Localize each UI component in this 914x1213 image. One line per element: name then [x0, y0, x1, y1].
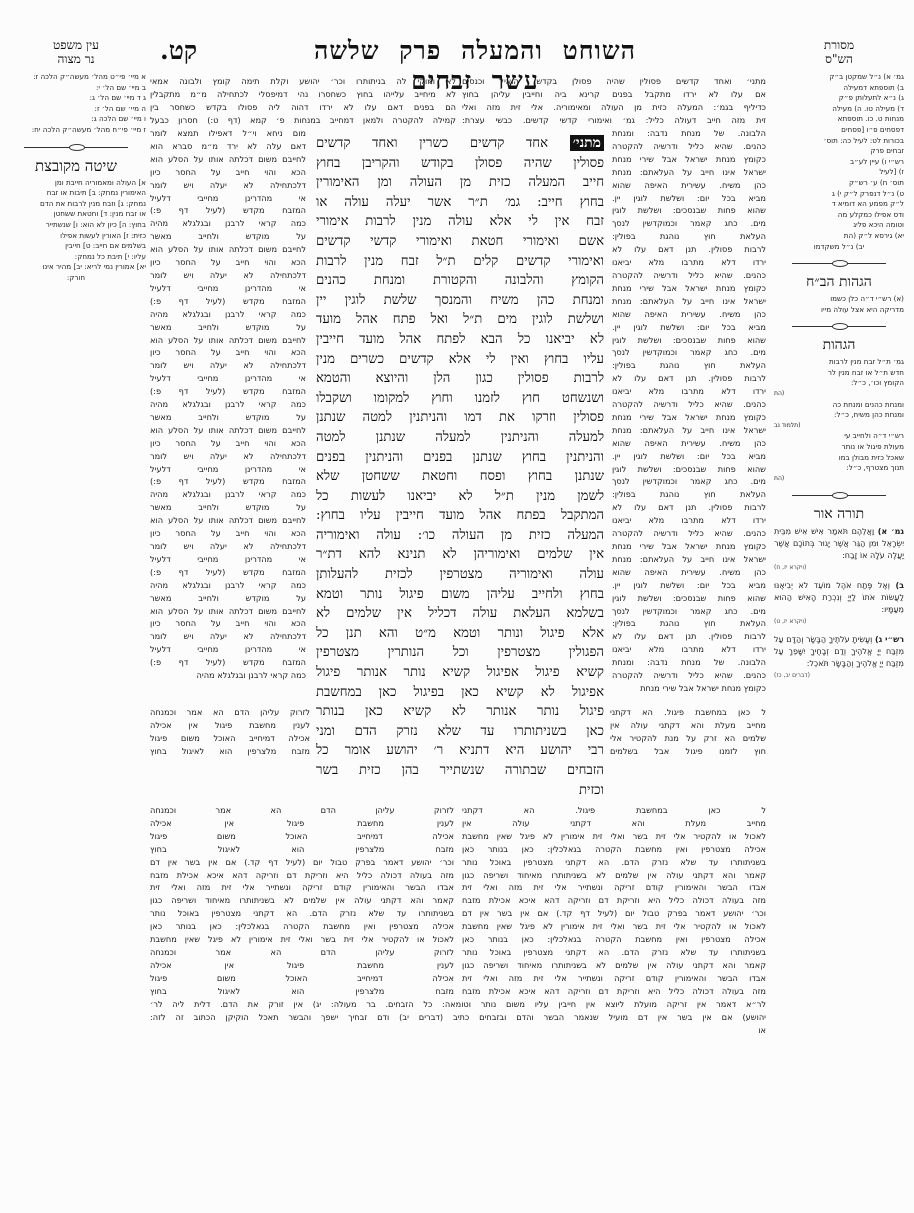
rashi-lower-column: ל כאן במחשבת פיגול. הא דקתני מחייב מעלת … — [462, 804, 766, 998]
tosafot-column: מום ניחא וי״ל דאפילו תמצא לומר דאם עלה ל… — [150, 127, 306, 682]
gemara-line: אשם ואימורי חטאת ואימורי קדשי קדשים — [316, 232, 604, 252]
commentary-line: לזרוק עליהן הדם הא אמר וכמנחה — [150, 706, 310, 719]
masoret-line: יב) נ״ל משקדמו — [774, 242, 904, 253]
rashi-line: שהוא פחות שבנסכים: ושלשת לוגין — [612, 463, 766, 476]
tosafot-line: המזבח מקדש (לעיל דף פ:) — [150, 656, 306, 669]
verse-label: רש״י ג) — [875, 635, 904, 644]
tosafot-line: דלכתחילה לא יעלה ויש לומר — [150, 630, 306, 643]
rashi-line: לרבות פסולין. תנן דאם עלו לא — [612, 501, 766, 514]
gemara-line: מתני׳ אחד קדשים כשרין ואחד קדשים — [316, 134, 604, 154]
shitah-mekubetzet-heading: שיטה מקובצת — [6, 158, 146, 174]
rashi-line: ישראל אינו חייב על העלאתם: מנחת — [612, 166, 766, 179]
commentary-line: ל כאן במחשבת פיגול. הא דקתני — [610, 706, 766, 719]
rashi-line: ישראל אינו חייב על העלאתם: מנחת — [612, 295, 766, 308]
tosafot-line: הכא והוי חייב על החסר כיון — [150, 346, 306, 359]
tosafot-line: לחייבם משום דכלתה אותו על הסלע הוא — [150, 514, 306, 527]
gemara-line: הזבחים שבתורה שנשתייר בהן כזית בשר — [316, 761, 604, 781]
ornament-divider — [792, 490, 886, 500]
commentary-line: יהושע) אם אין בשר אין דם מועיל שנאמר הבש… — [150, 1011, 766, 1024]
ein-mishpat-line: ה מיי׳ שם הל׳ ז: — [6, 104, 146, 115]
rashi-line: כקומץ מנחת ישראל אבל שירי מנחת — [612, 153, 766, 166]
rashi-line: מים. כחג קאמר וכמוקדשין לנסך — [612, 346, 766, 359]
rashi-line: ירדו דלא מתרבו מלא יביאנו — [612, 643, 766, 656]
shitah-line: נמחק: ג] וזבח מנין לרבות את הדם — [6, 199, 146, 210]
gemara-line: המעלה כזית מן העולה כו׳: עולה ואימוריה — [316, 526, 604, 546]
hagahot-line: מעולת פיגול או נותר — [774, 442, 904, 453]
shitah-line: בשלמים אם חייב: ט] חייבין — [6, 241, 146, 252]
rashi-line: כהנים. שהיא כליל ודרשיה להקטרה — [612, 669, 766, 682]
gemara-line-text: אחד קדשים כשרין ואחד קדשים — [316, 136, 548, 151]
commentary-line: לאכול או להקטיר אלי זית בשר ואלי זית אימ… — [150, 933, 454, 946]
verse-label: גמ׳ א) — [878, 527, 904, 536]
rashi-line: שהוא פחות שבנסכים: ושלשת לוגין — [612, 204, 766, 217]
rashi-line: לרבות פסולין. תנן דאם עלו לא — [612, 630, 766, 643]
ner-mitzvah-heading: נר מצוה — [6, 52, 146, 66]
commentary-line: ל כאן במחשבת פיגול. הא דקתני — [462, 804, 766, 817]
tosafot-line: המזבח מקדש (לעיל דף פ:) — [150, 385, 306, 398]
tosafot-line: כמה קראי לרבנן ובגלגלא מהיה — [150, 579, 306, 592]
commentary-line: וכר׳ יהושע דאמר בפרק טבול יום (לעיל דף ק… — [150, 856, 454, 869]
left-margin: עין משפט נר מצוה א מיי׳ פי״ט מהל׳ מעשה״ק… — [6, 38, 146, 284]
gemara-line: חייב המעלה כזית מן העולה ומן האימורין — [316, 173, 604, 193]
masoret-line: תוס׳ ח) ע׳ רש״ק — [774, 178, 904, 189]
tosafot-line: המזבח מקדש (לעיל דף פ:) — [150, 204, 306, 217]
commentary-line: אכילה דמיחייב האוכל משום פיגול — [150, 732, 310, 745]
tosafot-line: לחייבם משום דכלתה אותו על הסלע הוא — [150, 424, 306, 437]
rashi-line: כקומץ מנחת ישראל אבל שירי מנחת — [612, 411, 766, 424]
rashi-line: כהנים. שהיא כליל ודרשיה להקטרה — [612, 398, 766, 411]
tosafot-line: על מוקדש ולחייב מאשר — [150, 411, 306, 424]
commentary-line: לזרוק עליהן הדם הא אמר וכמנחה — [150, 804, 454, 817]
ein-mishpat-line: ו מיי׳ שם הלכה ג: — [6, 114, 146, 125]
gemara-line: ומנחת כהן משיח והמנסך שלשת לוגין יין — [316, 291, 604, 311]
ein-mishpat: א מיי׳ פי״ט מהל׳ מעשה״ק הלכה ז: ב מיי׳ ש… — [6, 72, 146, 136]
commentary-line: מזה בעולה דכולה כליל היא וזריקת דם וזריק… — [462, 894, 766, 907]
gemara-line: בשלמא העלאת עולה דכליל אין שלמים לא — [316, 604, 604, 624]
masoret-line: וטומה היכא פליג — [774, 220, 904, 231]
gemara-line: ושלשת לוגין מים ת״ל ואל פתח אהל מועד — [316, 310, 604, 330]
gemara-line: פסולין וזרקו את דמו והניתנין למטה שנתנן — [316, 408, 604, 428]
rashi-line: שהוא פחות שבנסכים: ושלשת לוגין — [612, 592, 766, 605]
rashi-line: כהן משיח. עשירית האיפה שהוא — [612, 566, 766, 579]
ein-mishpat-line: ג ד מיי׳ שם הל׳ ג: — [6, 93, 146, 104]
tosafot-line: הכא והוי חייב על החסר כיון — [150, 166, 306, 179]
masoret-hashas: גמ׳ א) נ״ל שמקטן ב״ק ב) תוספתא דמעילה ג)… — [774, 72, 904, 252]
verse-reference: (ויקרא יז, ח) — [774, 562, 904, 574]
hagahot-line: (תלמוד נב — [774, 421, 904, 432]
tosafot-line: הכא והוי חייב על החסר כיון — [150, 527, 306, 540]
commentary-line: קאמר והא דקתני עולה אין שלמים לא בשניתות… — [462, 959, 766, 972]
rashi-line: ישראל אינו חייב על העלאתם: מנחת — [612, 553, 766, 566]
hagahot-line: חדש ת״ל או זבח מנין לר — [774, 368, 904, 379]
hagahot-habach: (א) רש״י ד״ה כלן כשמו מדריקה היא אצל עול… — [774, 294, 904, 315]
rashi-line: לרבות פסולין. תנן דאם עלו לא — [612, 243, 766, 256]
habach-line: (א) רש״י ד״ה כלן כשמו — [774, 294, 904, 305]
tosafot-line: המזבח מקדש (לעיל דף פ:) — [150, 295, 306, 308]
rashi-line: כהן משיח. עשירית האיפה שהוא — [612, 308, 766, 321]
rashi-line: מים. כחג קאמר וכמוקדשין לנסך — [612, 217, 766, 230]
shitah-line: בחוץ: ה] כיון לא הוא: ו] שנשתייר — [6, 220, 146, 231]
tosafot-line: כמה קראי לרבנן ובגלגלא מהיה — [150, 488, 306, 501]
masoret-line: ז) [לעיל — [774, 167, 904, 178]
rashi-line: מביא בכל יום: ושלשת לוגין יין. — [612, 450, 766, 463]
rashi-line: כקומץ מנחת ישראל אבל שירי מנחת — [612, 540, 766, 553]
hagahot: גמ׳ ת״ל זבח מנין לרבות חדש ת״ל או זבח מנ… — [774, 357, 904, 484]
verse-reference: (ויקרא יז, ט) — [774, 616, 904, 628]
masoret-line: ב) תוספתא דמעילה — [774, 83, 904, 94]
ornament-divider — [792, 321, 886, 331]
ein-mishpat-heading: עין משפט — [6, 38, 146, 52]
tosafot-line: על מוקדש ולחייב מאשר — [150, 592, 306, 605]
masoret-line: דפסחים פ״ו [פסחים — [774, 125, 904, 136]
masoret-line: זבחים פרק — [774, 146, 904, 157]
rashi-line: העלאת חוץ נוהגת בפולין: — [612, 230, 766, 243]
commentary-line: מחייב מעלת והא דקתני עולה אין — [610, 719, 766, 732]
shitah-line: א] העולה ומאמוריה חייבת ומן — [6, 178, 146, 189]
tosafot-line: לחייבם משום דכלתה אותו על הסלע הוא — [150, 243, 306, 256]
commentary-line: אכילה מצטרפין ואין מחשבת הקטרה בגאלכלין:… — [150, 920, 454, 933]
rashi-line: כהן משיח. עשירית האיפה שהוא — [612, 179, 766, 192]
tosafot-tail: לר״א דאמר אין זריקה מועלת ליוצא אין חייב… — [150, 998, 766, 1037]
masoret-line: רש״י ו) עיין לע״ב — [774, 157, 904, 168]
gemara-line: לא יביאנו כל הבא לפתח אהל מועד חייבין — [316, 330, 604, 350]
gemara-line: לרבות פסולין כגון הלן והיוצא והטמא — [316, 369, 604, 389]
tosafot-line: המזבח מקדש (לעיל דף פ:) — [150, 475, 306, 488]
commentary-line: מזה בעולה דכולה כליל היא וזריקת דם וזריק… — [462, 985, 766, 998]
rashi-line: כהנים. שהיא כליל ודרשיה להקטרה — [612, 269, 766, 282]
tosafot-line: לא מיחייב עלייהו בחוץ כשחסרו נהי דמיפסלי… — [150, 88, 456, 101]
hagahot-line: גמ׳ ת״ל זבח מנין לרבות — [774, 357, 904, 368]
rashi-line: אם עלו לא ירדו מתקבל בפנים קרינא ביה וחי… — [462, 88, 766, 101]
commentary-line: מזבח מלצרפין הוא לאיגול בחוץ — [150, 745, 310, 758]
masoret-line: ט) נ״ל דנפרק ל״ק י) ג — [774, 189, 904, 200]
hagahot-heading: הגהות — [774, 337, 904, 353]
torah-or-verse: ב) וְאֶל פֶּתַח אֹהֶל מוֹעֵד לֹא יְבִיאֶ… — [774, 580, 904, 616]
commentary-line: אכילה דמיחייב האוכל משום פיגול — [150, 972, 454, 985]
ornament-divider — [24, 142, 128, 152]
rashi-line: כהן משיח. עשירית האיפה שהוא — [612, 437, 766, 450]
hagahot-line: הקומץ וכו׳, כ״ל: — [774, 378, 904, 389]
shitah-line: או זבח מנין: ד] וחטאת ששחטן — [6, 209, 146, 220]
rashi-line: זית מזה חייב דעולה כליל: גמ׳ ואימורי קדש… — [462, 114, 766, 127]
tosafot-line: דלכתחילה לא יעלה ויש לומר — [150, 450, 306, 463]
rashi-line: ירדו דלא מתרבו מלא יביאנו — [612, 256, 766, 269]
tosafot-line: דלכתחילה לא יעלה ויש לומר — [150, 359, 306, 372]
rashi-line: מים. כחג קאמר וכמוקדשין לנסך — [612, 475, 766, 488]
tosafot-line: על מוקדש ולחייב מאשר — [150, 230, 306, 243]
hagahot-line: שאכל כזית מבולן במו — [774, 453, 904, 464]
rashi-line: מביא בכל יום: ושלשת לוגין יין. — [612, 321, 766, 334]
rashi-top: מתני׳ ואחד קדשים פסולין שהיה פסולן בקדש.… — [462, 75, 766, 127]
ornament-divider — [792, 258, 886, 268]
tosafot-line: קמילה להקטרה ולמאן דמחייב במנחות פ׳ קמא … — [150, 114, 456, 127]
commentary-line: מחייב מעלת והא דקתני עולה אין — [462, 817, 766, 830]
tosafot-line: אי מהדרינן מחייבי דלעיל — [150, 192, 306, 205]
shitah-line: עליו: י] תיבת כל נמחק: — [6, 252, 146, 263]
commentary-line: בשניתותרו עד שלא נזרק הדם. הא דקתני מצטר… — [150, 907, 454, 920]
gemara-line: כאן בשניתותרו עד שלא נזרק הדם ומני — [316, 722, 604, 742]
commentary-line: מזבח מלצרפין הוא לאיגול בחוץ — [150, 985, 454, 998]
ein-mishpat-line: ב מיי׳ שם הל׳ י: — [6, 83, 146, 94]
hagahot-line: (הת — [774, 474, 904, 485]
gemara-final-word: וכזית — [316, 781, 604, 801]
rashi-line: מתני׳ ואחד קדשים פסולין שהיה פסולן בקדש.… — [462, 75, 766, 88]
torah-or: גמ׳ א) וַאֲלֵהֶם תֹּאמַר אִישׁ אִישׁ מִב… — [774, 526, 904, 682]
torah-or-verse: רש״י ג) וְעָשִׂיתָ עֹלֹתֶיךָ הַבָּשָׂר ו… — [774, 634, 904, 670]
shitah-line: האימורין נמחק: ב] תיבות או זבח — [6, 188, 146, 199]
mishnah-marker: מתני׳ — [570, 135, 604, 151]
ein-mishpat-line: א מיי׳ פי״ט מהל׳ מעשה״ק הלכה ז: — [6, 72, 146, 83]
gemara-line: פיגול נותר אנותר לא קשיא כאן בנותר — [316, 702, 604, 722]
rashi-line: הלבונה. של מנחת נדבה: ומנחת — [612, 127, 766, 140]
gemara-line: קשיא פיגול אפיגול קשיא נותר אנותר פיגול — [316, 663, 604, 683]
commentary-line: מזה בעולה דכולה כליל היא וזריקת דם וזריק… — [150, 869, 454, 882]
rashi-line: כקומץ מנחת ישראל אבל שירי מנחת — [612, 282, 766, 295]
masoret-line: ג) נ״א לתעלותן פ״ק — [774, 93, 904, 104]
tosafot-line: הכא והוי חייב על החסר כיון — [150, 437, 306, 450]
habach-line: מדריקה היא אצל עולה מייו — [774, 305, 904, 316]
commentary-line: אכילה דמיחייב האוכל משום פיגול — [150, 830, 454, 843]
shitah-line: יא] אמורין נמי לריא: יב] מהיר אינו — [6, 262, 146, 273]
rashi-line: מביא בכל יום: ושלשת לוגין יין. — [612, 192, 766, 205]
tosafot-line: אי מהדרינן מחייבי דלעיל — [150, 372, 306, 385]
gemara-line: זבח אין לי אלא עולה מנין לרבות אימורי — [316, 212, 604, 232]
gemara-line: עליו בחוץ ואין לי אלא קדשים כשרים מנין — [316, 350, 604, 370]
commentary-line: אבדו הבשר והאימורין קודם זריקה ונשתייר א… — [462, 881, 766, 894]
tosafot-line: דלכתחילה לא יעלה ויש לומר — [150, 540, 306, 553]
tosafot-lower-column: לזרוק עליהן הדם הא אמר וכמנחה לענין מחשב… — [150, 804, 454, 998]
tosafot-line: לחייבם משום דכלתה אותו על הסלע הוא — [150, 605, 306, 618]
rashi-bottom-right: ל כאן במחשבת פיגול. הא דקתני מחייב מעלת … — [610, 706, 766, 758]
hagahot-line: (הת — [774, 389, 904, 400]
tosafot-line: דלכתחילה לא יעלה ויש לומר — [150, 269, 306, 282]
rashi-line: כדיליף בגמ׳: המעלה כזית מן העולה ומאימור… — [462, 101, 766, 114]
commentary-line: חוץ לזמנו פיגול אבל בשלמים — [610, 745, 766, 758]
commentary-line: לענין מחשבת פיגול אין אכילה — [150, 959, 454, 972]
rashi-line: ירדו דלא מתרבו מלא יביאנו — [612, 385, 766, 398]
masoret-line: ד) מעילה טו. ה) מעילה — [774, 104, 904, 115]
tosafot-line: על מוקדש ולחייב מאשר — [150, 321, 306, 334]
gemara-line: בחוץ חייב: גמ׳ ת״ר אשר יעלה עולה או — [316, 193, 604, 213]
gemara-line: פסולין שהיה פסולן בקודש והקריבן בחוץ — [316, 154, 604, 174]
gemara-line: עולה ואימוריה מצטרפין לכזית להעלותן — [316, 565, 604, 585]
gemara-line: ואימורי קדשים קלים ת״ל זבח מנין לרבות — [316, 252, 604, 272]
gemara-line: בחוץ ולחייב עליהן משום פיגול נותר וטמא — [316, 585, 604, 605]
masoret-line: גמ׳ א) נ״ל שמקטן ב״ק — [774, 72, 904, 83]
tosafot-line: כמה קראי לרבנן ובגלגלא מהיה — [150, 308, 306, 321]
shitah-line: חורק: — [6, 273, 146, 284]
masoret-line: מנחות ט. כו. תוספתא — [774, 114, 904, 125]
torah-or-verse: גמ׳ א) וַאֲלֵהֶם תֹּאמַר אִישׁ אִישׁ מִב… — [774, 526, 904, 562]
gemara-line: אפיגול לא קשיא כאן בפיגול כאן במחשבת — [316, 683, 604, 703]
rashi-line: העלאת חוץ נוהגת בפולין: — [612, 488, 766, 501]
masoret-line: יא) גירסא ל״ק (הת — [774, 231, 904, 242]
commentary-line: לענין מחשבת פיגול אין אכילה — [150, 817, 454, 830]
tosafot-line: המזבח מקדש (לעיל דף פ:) — [150, 566, 306, 579]
hagahot-line: תנוך מצטרף, כ״ל: — [774, 463, 904, 474]
gemara-line: שנתנן בחוץ ופסח וחטאת ששחטן שלא — [316, 467, 604, 487]
rashi-line: כהנים. שהיא כליל ודרשיה להקטרה — [612, 527, 766, 540]
tosafot-bottom-left: לזרוק עליהן הדם הא אמר וכמנחה לענין מחשב… — [150, 706, 310, 758]
verse-text: וְאֶל פֶּתַח אֹהֶל מוֹעֵד לֹא יְבִיאֶנּו… — [774, 581, 904, 614]
rashi-line: כהנים. שהיא כליל ודרשיה להקטרה — [612, 140, 766, 153]
commentary-line: לאכול או להקטיר אלי זית בשר ואלי זית אימ… — [462, 830, 766, 843]
hagahot-line: ומנחת כהנים ומנחת כה — [774, 400, 904, 411]
rashi-line: העלאת חוץ נוהגת בפולין: — [612, 359, 766, 372]
tosafot-line: כמה קראי לרבנן ובגלגלא מהיה — [150, 669, 306, 682]
commentary-line: שלמים הא זרק על מנת להקטיר אלי — [610, 732, 766, 745]
gemara-line: והניתנין בחוץ שנתנן בפנים והניתנין בפנים — [316, 448, 604, 468]
rashi-line: כקומץ מנחת ישראל אבל שירי מנחת — [612, 682, 766, 695]
gemara-line: אין שלמים ואימוריהן לא תנינא להא דת״ר — [316, 545, 604, 565]
rashi-line: העלאת חוץ נוהגת בפולין: — [612, 617, 766, 630]
commentary-line: אבדו הבשר והאימורין קודם זריקה ונשתייר א… — [150, 881, 454, 894]
tosafot-line: הם בפנים דאם עלו לא ירדו דהוה ליה פסולו … — [150, 101, 456, 114]
gemara-line: ושנשחט חוץ לזמנו וחוץ למקומו ושקבלו — [316, 389, 604, 409]
folio-number: קט. — [160, 36, 240, 66]
rashi-line: ישראל אינו חייב על העלאתם: מנחת — [612, 424, 766, 437]
verse-reference: (דברים יב, כז) — [774, 670, 904, 682]
tosafot-line: אי מהדרינן מחייבי דלעיל — [150, 553, 306, 566]
rashi-line: שהוא פחות שבנסכים: ושלשת לוגין — [612, 334, 766, 347]
rashi-column: הלבונה. של מנחת נדבה: ומנחת כהנים. שהיא … — [612, 127, 766, 695]
commentary-line: בשניתותרו עד שלא נזרק הדם. הא דקתני מצטר… — [462, 946, 766, 959]
rashi-line: מביא בכל יום: ושלשת לוגין יין. — [612, 579, 766, 592]
commentary-line: לזרוק עליהן הדם הא אמר וכמנחה — [150, 946, 454, 959]
tosafot-line: אי מהדרינן מחייבי דלעיל — [150, 463, 306, 476]
tosafot-line: הכא והוי חייב על החסר כיון — [150, 256, 306, 269]
rashi-line: לרבות פסולין. תנן דאם עלו לא — [612, 372, 766, 385]
gemara-text: מתני׳ אחד קדשים כשרין ואחד קדשים פסולין … — [316, 134, 604, 781]
rashi-line: ירדו דלא מתרבו מלא יביאנו — [612, 514, 766, 527]
hagahot-line: ומנחת כהן משיח, כ״ל: — [774, 410, 904, 421]
commentary-line: אכילה מצטרפין ואין מחשבת הקטרה בגאלכלין:… — [462, 933, 766, 946]
tosafot-line: כמה קראי לרבנן ובגלגלא מהיה — [150, 398, 306, 411]
tosafot-line: כמה קראי לרבנן ובגלגלא מהיה — [150, 217, 306, 230]
masoret-line: ל״ק מפמע הא דומיא ד — [774, 199, 904, 210]
right-margin: מסורת הש"ס גמ׳ א) נ״ל שמקטן ב״ק ב) תוספת… — [774, 38, 904, 682]
hagahot-habach-heading: הגהות הב״ח — [774, 274, 904, 290]
tosafot-line: לחייבם משום דכלתה אותו על הסלע הוא — [150, 153, 306, 166]
tosafot-line: דאם עלה לא ירד מ״מ סברא הוא — [150, 140, 306, 153]
commentary-line: לר״א דאמר אין זריקה מועלת ליוצא אין חייב… — [150, 998, 766, 1011]
tosafot-line: לא ומוקי לה בניתותרו וכר׳ יהושע וקלת תימ… — [150, 75, 456, 88]
masoret-hashas-heading: מסורת הש"ס — [809, 38, 869, 66]
verse-label: ב) — [895, 581, 904, 590]
commentary-line: וכר׳ יהושע דאמר בפרק טבול יום (לעיל דף ק… — [462, 907, 766, 920]
commentary-line: אבדו הבשר והאימורין קודם זריקה ונשתייר א… — [462, 972, 766, 985]
shitah-mekubetzet: א] העולה ומאמוריה חייבת ומן האימורין נמח… — [6, 178, 146, 284]
gemara-line: רבי יהושע היא דתניא ר׳ יהושע אומר כל — [316, 741, 604, 761]
tosafot-line: על מוקדש ולחייב מאשר — [150, 501, 306, 514]
tosafot-line: אי מהדרינן מחייבי דלעיל — [150, 282, 306, 295]
tosafot-line: מום ניחא וי״ל דאפילו תמצא לומר — [150, 127, 306, 140]
shitah-line: כזית: ז] האורין לעשות אפילו — [6, 231, 146, 242]
gemara-line: אלא פיגול ונותר וטמא מ״ט והא תנן כל — [316, 624, 604, 644]
commentary-line: קאמר והא דקתני עולה אין שלמים לא בשניתות… — [150, 894, 454, 907]
torah-or-heading: תורה אור — [774, 506, 904, 522]
gemara-line: הקומץ והלבונה והקטורת ומנחת כהנים — [316, 271, 604, 291]
commentary-line: לענין מחשבת פיגול אין אכילה — [150, 719, 310, 732]
tosafot-line: אי מהדרינן מחייבי דלעיל — [150, 643, 306, 656]
commentary-line: לאכול או להקטיר אלי זית בשר ואלי זית אימ… — [462, 920, 766, 933]
gemara-line: למעלה והניתנין למעלה שנתנן למטה — [316, 428, 604, 448]
masoret-line: בכורות לט: לעיל כה: תוס׳ — [774, 136, 904, 147]
gemara-line: המתקבל בפתח אהל מועד חייבין עליו בחוץ: — [316, 506, 604, 526]
commentary-line: קאמר והא דקתני עולה אין שלמים לא בשניתות… — [462, 869, 766, 882]
commentary-line: אכילה מצטרפין ואין מחשבת הקטרה בגאלכלין:… — [462, 843, 766, 856]
commentary-line: בשניתותרו עד שלא נזרק הדם. הא דקתני מצטר… — [462, 856, 766, 869]
commentary-line: מזבח מלצרפין הוא לאיגול בחוץ — [150, 843, 454, 856]
hagahot-line: רש״י ד״ה ולחייב עי — [774, 431, 904, 442]
tosafot-top: לא ומוקי לה בניתותרו וכר׳ יהושע וקלת תימ… — [150, 75, 456, 127]
tosafot-line: דלכתחילה לא יעלה ויש לומר — [150, 179, 306, 192]
tosafot-line: הכא והוי חייב על החסר כיון — [150, 617, 306, 630]
gemara-line: הפגולין מצטרפין וכל הנותרין מצטרפין — [316, 643, 604, 663]
rashi-line: מים. כחג קאמר וכמוקדשין לנסך — [612, 605, 766, 618]
rashi-line: הלבונה. של מנחת נדבה: ומנחת — [612, 656, 766, 669]
ein-mishpat-line: ז מיי׳ פי״ח מהל׳ מעשה״ק הלכה יח: — [6, 125, 146, 136]
commentary-line: או — [150, 1024, 766, 1037]
masoret-line: ודס אפילו כמקלע מה — [774, 210, 904, 221]
tosafot-line: לחייבם משום דכלתה אותו על הסלע הוא — [150, 334, 306, 347]
gemara-line: לשמן מנין ת״ל לא יביאנו לעשות כל — [316, 487, 604, 507]
